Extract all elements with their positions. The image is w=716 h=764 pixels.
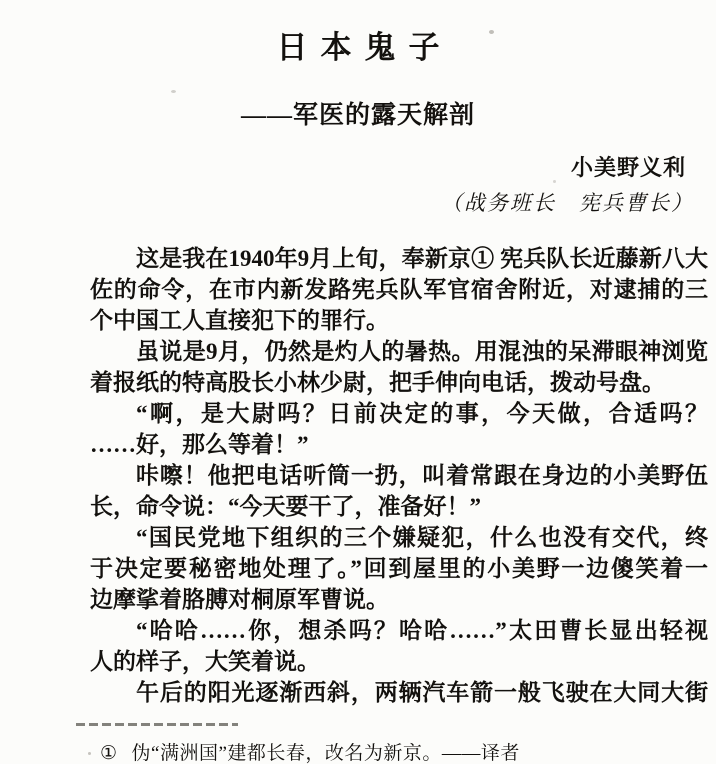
footnote-text: 伪“满洲国”建都长春，改名为新京。——译者 [132,743,520,764]
article-title: 日本鬼子 [0,22,716,67]
scan-speck [88,752,91,755]
article-body: 这是我在1940年9月上旬，奉新京① 宪兵队长近藤新八大佐的命令，在市内新发路宪… [90,243,708,708]
body-line: 长，命令说：“今天要干了，准备好！” [90,491,708,522]
body-line: 咔嚓！他把电话听筒一扔，叫着常跟在身边的小美野伍 [90,460,708,491]
body-line: ……好，那么等着！” [90,429,708,460]
article-subtitle: ——军医的露天解剖 [0,95,716,131]
scan-speck [553,180,556,183]
body-line: 于决定要秘密地处理了。”回到屋里的小美野一边傻笑着一 [90,553,708,584]
body-line: 个中国工人直接犯下的罪行。 [90,305,708,336]
footnote-divider [76,723,238,726]
footnote: ①伪“满洲国”建都长春，改名为新京。——译者 [100,738,520,764]
body-line: “国民党地下组织的三个嫌疑犯，什么也没有交代，终 [90,522,708,553]
body-line: 午后的阳光逐渐西斜，两辆汽车箭一般飞驶在大同大街 [90,677,708,708]
body-line: “哈哈……你，想杀吗？哈哈……”太田曹长显出轻视 [90,615,708,646]
author-title: （战务班长 宪兵曹长） [0,187,694,217]
body-line: 边摩挲着胳膊对桐原军曹说。 [90,584,708,615]
body-line: 这是我在1940年9月上旬，奉新京① 宪兵队长近藤新八大 [90,243,708,274]
body-line: 佐的命令，在市内新发路宪兵队军官宿舍附近，对逮捕的三 [90,274,708,305]
scan-speck [171,90,176,93]
footnote-marker: ① [100,743,118,764]
scanned-book-page: 日本鬼子 ——军医的露天解剖 小美野义利 （战务班长 宪兵曹长） 这是我在194… [0,0,716,764]
scan-speck [489,30,494,34]
body-line: 人的样子，大笑着说。 [90,646,708,677]
author-name: 小美野义利 [0,151,686,182]
body-line: 虽说是9月，仍然是灼人的暑热。用混浊的呆滞眼神浏览 [90,336,708,367]
body-line: “啊，是大尉吗？日前决定的事，今天做，合适吗？ [90,398,708,429]
body-line: 着报纸的特高股长小林少尉，把手伸向电话，拨动号盘。 [90,367,708,398]
